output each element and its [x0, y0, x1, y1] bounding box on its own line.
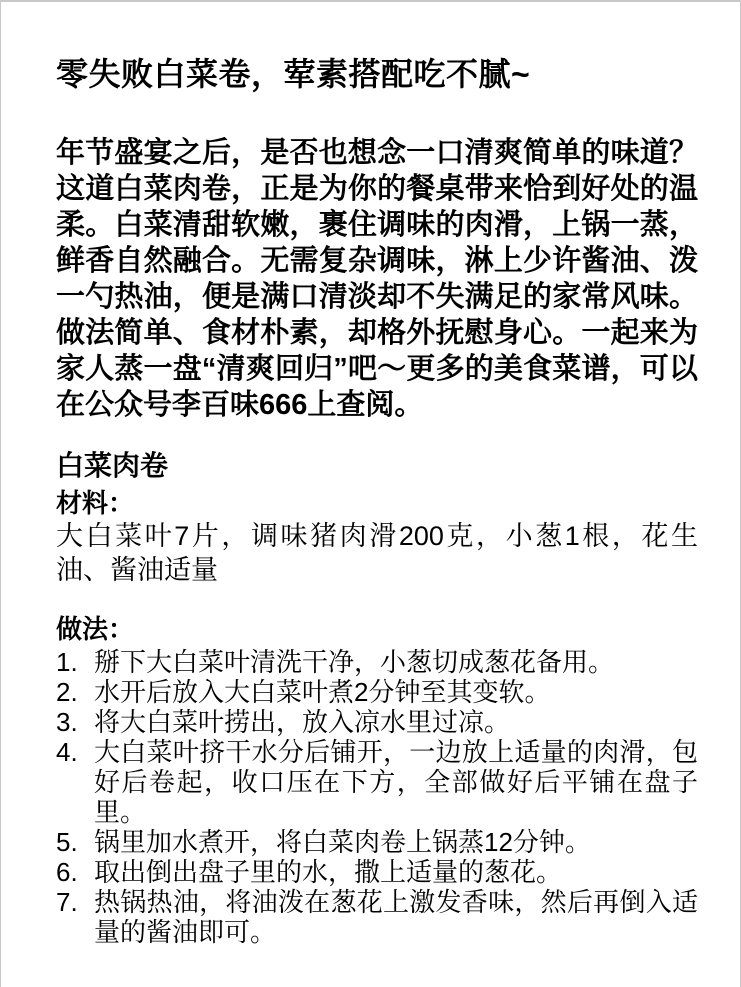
step-text: 锅里加水煮开，将白菜肉卷上锅蒸12分钟。	[94, 827, 698, 857]
step-text: 取出倒出盘子里的水，撒上适量的葱花。	[94, 857, 698, 887]
step-number: 5.	[56, 827, 94, 857]
step-item: 6.取出倒出盘子里的水，撒上适量的葱花。	[56, 857, 698, 887]
step-number: 6.	[56, 857, 94, 887]
intro-paragraph: 年节盛宴之后，是否也想念一口清爽简单的味道？这道白菜肉卷，正是为你的餐桌带来恰到…	[56, 135, 698, 423]
steps-list: 1.掰下大白菜叶清洗干净，小葱切成葱花备用。2.水开后放入大白菜叶煮2分钟至其变…	[56, 647, 698, 947]
article-title: 零失败白菜卷，荤素搭配吃不腻~	[56, 55, 698, 93]
step-item: 1.掰下大白菜叶清洗干净，小葱切成葱花备用。	[56, 647, 698, 677]
ingredients-text: 大白菜叶7片，调味猪肉滑200克，小葱1根，花生油、酱油适量	[56, 519, 698, 587]
step-item: 4.大白菜叶挤干水分后铺开，一边放上适量的肉滑，包好后卷起，收口压在下方，全部做…	[56, 737, 698, 827]
recipe-name-heading: 白菜肉卷	[56, 449, 698, 483]
steps-label: 做法：	[56, 613, 698, 645]
step-text: 热锅热油，将油泼在葱花上激发香味，然后再倒入适量的酱油即可。	[94, 887, 698, 947]
step-text: 将大白菜叶捞出，放入凉水里过凉。	[94, 707, 698, 737]
step-number: 7.	[56, 887, 94, 917]
step-number: 2.	[56, 677, 94, 707]
step-item: 7.热锅热油，将油泼在葱花上激发香味，然后再倒入适量的酱油即可。	[56, 887, 698, 947]
step-item: 5.锅里加水煮开，将白菜肉卷上锅蒸12分钟。	[56, 827, 698, 857]
step-text: 水开后放入大白菜叶煮2分钟至其变软。	[94, 677, 698, 707]
step-number: 1.	[56, 647, 94, 677]
step-text: 大白菜叶挤干水分后铺开，一边放上适量的肉滑，包好后卷起，收口压在下方，全部做好后…	[94, 737, 698, 827]
step-item: 2.水开后放入大白菜叶煮2分钟至其变软。	[56, 677, 698, 707]
step-item: 3.将大白菜叶捞出，放入凉水里过凉。	[56, 707, 698, 737]
document-content: 零失败白菜卷，荤素搭配吃不腻~ 年节盛宴之后，是否也想念一口清爽简单的味道？这道…	[1, 55, 740, 947]
recipe-document-page: 零失败白菜卷，荤素搭配吃不腻~ 年节盛宴之后，是否也想念一口清爽简单的味道？这道…	[0, 0, 741, 987]
step-number: 4.	[56, 737, 94, 767]
step-text: 掰下大白菜叶清洗干净，小葱切成葱花备用。	[94, 647, 698, 677]
step-number: 3.	[56, 707, 94, 737]
ingredients-label: 材料：	[56, 487, 698, 519]
